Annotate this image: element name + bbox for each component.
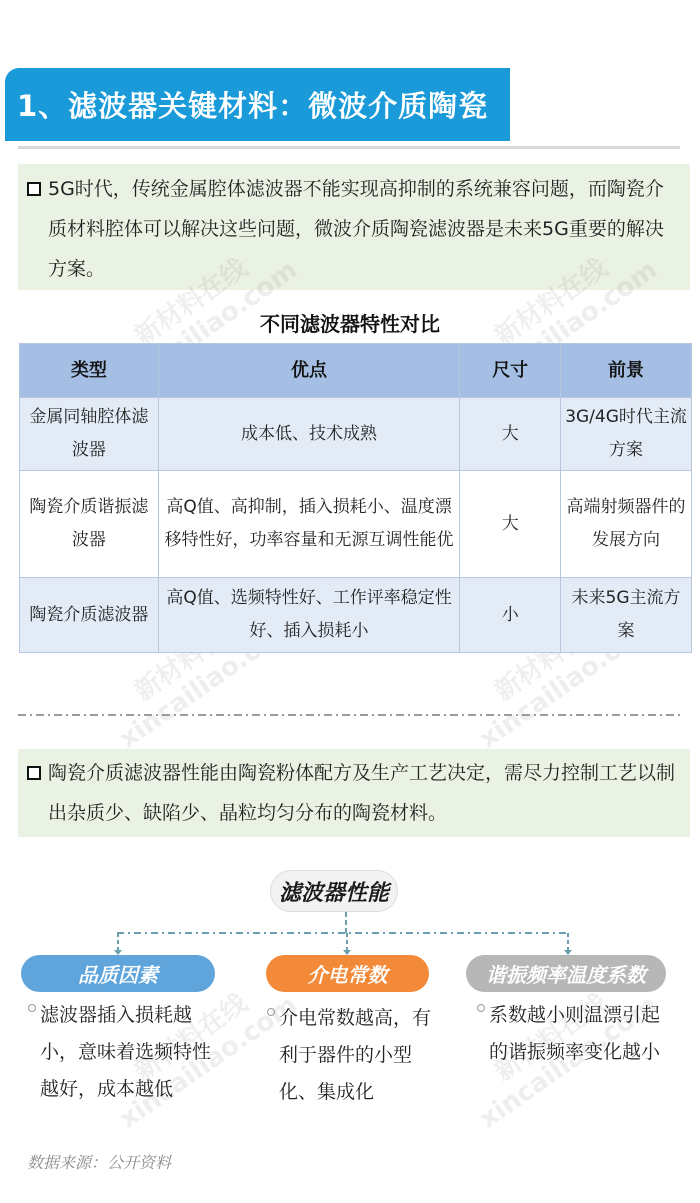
- cell-size: 小: [460, 578, 561, 653]
- hollow-square-bullet-icon: [27, 182, 41, 196]
- cell-size: 大: [460, 398, 561, 471]
- table-caption: 不同滤波器特性对比: [0, 308, 700, 337]
- header-outlook: 前景: [561, 344, 692, 398]
- section-title-bar: 1、滤波器关键材料：微波介质陶瓷: [5, 68, 510, 141]
- circle-bullet-icon: [267, 1008, 275, 1016]
- branch-description: 介电常数越高，有利于器件的小型化、集成化: [265, 1000, 437, 1111]
- connector-line: [345, 912, 347, 934]
- cell-type: 金属同轴腔体滤波器: [20, 398, 159, 471]
- cell-outlook: 高端射频器件的发展方向: [561, 471, 692, 578]
- branch-description: 滤波器插入损耗越小，意味着选频特性越好，成本越低: [26, 997, 216, 1108]
- cell-size: 大: [460, 471, 561, 578]
- cell-type: 陶瓷介质谐振滤波器: [20, 471, 159, 578]
- cell-advantages: 成本低、技术成熟: [158, 398, 459, 471]
- cell-advantages: 高Q值、选频特性好、工作评率稳定性好、插入损耗小: [158, 578, 459, 653]
- header-type: 类型: [20, 344, 159, 398]
- branch-temperature-coefficient: 谐振频率温度系数: [466, 955, 666, 992]
- cell-advantages: 高Q值、高抑制，插入损耗小、温度漂移特性好，功率容量和无源互调性能优: [158, 471, 459, 578]
- title-underline: [18, 146, 680, 149]
- table-row: 陶瓷介质谐振滤波器 高Q值、高抑制，插入损耗小、温度漂移特性好，功率容量和无源互…: [20, 471, 692, 578]
- arrow-down-icon: [567, 933, 569, 951]
- note-ceramic-process: 陶瓷介质滤波器性能由陶瓷粉体配方及生产工艺决定，需尽力控制工艺以制出杂质少、缺陷…: [18, 749, 690, 837]
- branch-dielectric-constant: 介电常数: [266, 955, 429, 992]
- circle-bullet-icon: [28, 1004, 36, 1012]
- section-title: 1、滤波器关键材料：微波介质陶瓷: [17, 84, 488, 125]
- dash-dot-divider: [18, 714, 680, 716]
- arrow-down-icon: [346, 933, 348, 951]
- hollow-square-bullet-icon: [27, 766, 41, 780]
- connector-line: [117, 932, 569, 934]
- cell-outlook: 3G/4G时代主流方案: [561, 398, 692, 471]
- table-row: 陶瓷介质滤波器 高Q值、选频特性好、工作评率稳定性好、插入损耗小 小 未来5G主…: [20, 578, 692, 653]
- arrow-down-icon: [117, 933, 119, 951]
- data-source: 数据来源：公开资料: [27, 1150, 171, 1173]
- table-header-row: 类型 优点 尺寸 前景: [20, 344, 692, 398]
- branch-description: 系数越小则温漂引起的谐振频率变化越小: [475, 997, 670, 1071]
- branch-quality-factor: 品质因素: [21, 955, 215, 992]
- circle-bullet-icon: [477, 1004, 485, 1012]
- header-size: 尺寸: [460, 344, 561, 398]
- note-5g-filters: 5G时代，传统金属腔体滤波器不能实现高抑制的系统兼容问题，而陶瓷介质材料腔体可以…: [18, 164, 690, 290]
- note-text: 5G时代，传统金属腔体滤波器不能实现高抑制的系统兼容问题，而陶瓷介质材料腔体可以…: [48, 178, 664, 280]
- filter-comparison-table: 类型 优点 尺寸 前景 金属同轴腔体滤波器 成本低、技术成熟 大 3G/4G时代…: [19, 343, 692, 653]
- cell-outlook: 未来5G主流方案: [561, 578, 692, 653]
- note-text: 陶瓷介质滤波器性能由陶瓷粉体配方及生产工艺决定，需尽力控制工艺以制出杂质少、缺陷…: [48, 762, 675, 824]
- header-advantages: 优点: [158, 344, 459, 398]
- table-row: 金属同轴腔体滤波器 成本低、技术成熟 大 3G/4G时代主流方案: [20, 398, 692, 471]
- cell-type: 陶瓷介质滤波器: [20, 578, 159, 653]
- diagram-root-node: 滤波器性能: [270, 870, 398, 912]
